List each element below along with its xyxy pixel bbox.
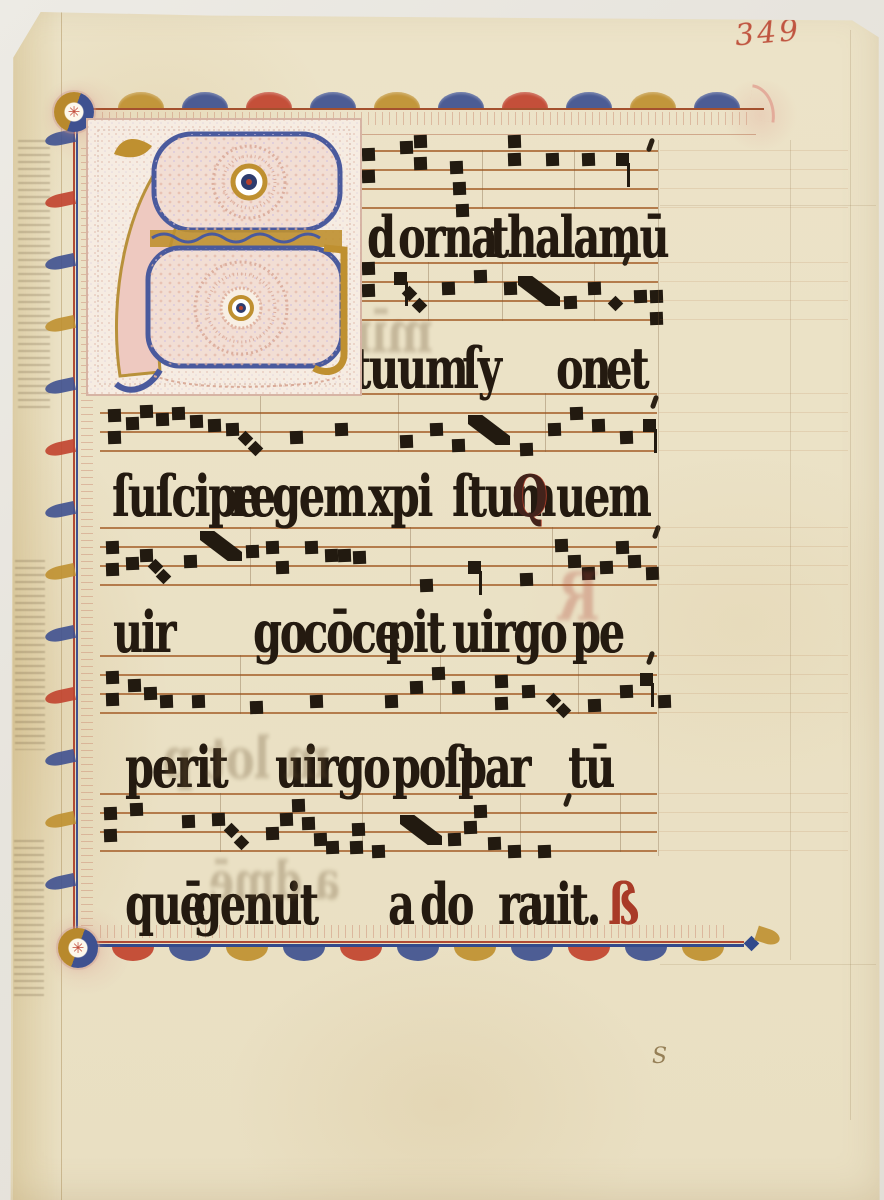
chant-word: quē (125, 872, 204, 938)
text-guide-line (620, 793, 621, 852)
text-guide-line (574, 150, 575, 209)
neume-p (600, 561, 613, 574)
neume-p (184, 555, 197, 568)
border-leaf (630, 92, 676, 108)
text-guide-line (552, 527, 553, 586)
neume-p (362, 148, 375, 161)
neume-p (372, 845, 385, 858)
manuscript-photo: 349 S dornathalamūtuumſyonetſuſciperegem… (0, 0, 884, 1200)
music-staff (362, 150, 658, 209)
neume-p (448, 833, 461, 846)
neume-p (520, 573, 533, 586)
chant-word: et (606, 336, 647, 402)
neume-p (474, 270, 487, 283)
neume-p (564, 296, 577, 309)
neume-p (276, 561, 289, 574)
border-leaf (502, 92, 548, 108)
chant-word: do (420, 872, 472, 938)
neume-v (616, 153, 629, 166)
border-top-bar (88, 108, 764, 110)
neume-p (362, 170, 375, 183)
chant-word: thalamū (490, 205, 667, 271)
neume-d (608, 296, 624, 312)
border-leaf (169, 947, 211, 961)
neume-p (508, 153, 521, 166)
show-through-text: a dmē (209, 850, 340, 911)
neume-p (628, 555, 641, 568)
neume-t (646, 138, 655, 153)
neume-p (302, 817, 315, 830)
corner-rosette (58, 928, 98, 968)
show-through-script (14, 840, 44, 1000)
border-leaf (566, 92, 612, 108)
neume-p (508, 135, 521, 148)
neume-p (353, 551, 366, 564)
neume-p (432, 667, 445, 680)
border-leaf (246, 92, 292, 108)
neume-p (616, 541, 629, 554)
chant-word: uir (113, 600, 174, 666)
neume-p (352, 823, 365, 836)
neume-p (338, 549, 351, 562)
neume-p (548, 423, 561, 436)
border-leaf (397, 947, 439, 961)
border-leaf (182, 92, 228, 108)
neume-p (452, 681, 465, 694)
border-leaf (310, 92, 356, 108)
folio-number: 349 (734, 13, 803, 54)
ruling-line (660, 964, 876, 965)
ruling-extension (659, 655, 848, 714)
neume-p (488, 837, 501, 850)
neume-p (634, 290, 647, 303)
neume-p (212, 813, 225, 826)
text-guide-line (545, 393, 546, 452)
neume-p (350, 841, 363, 854)
neume-p (335, 423, 348, 436)
neume-p (126, 557, 139, 570)
chant-word: uit. (528, 872, 599, 938)
show-through-script (18, 140, 50, 410)
neume-d (556, 703, 572, 719)
border-leaf (454, 947, 496, 961)
text-guide-line (482, 150, 483, 209)
chant-word: uem (556, 464, 650, 530)
neume-p (104, 829, 117, 842)
neume-p (508, 845, 521, 858)
border-leaf (511, 947, 553, 961)
chant-word: pit (386, 600, 443, 666)
border-leaf (568, 947, 610, 961)
neume-p (310, 695, 323, 708)
show-through-text: R (558, 556, 600, 636)
neume-p (522, 685, 535, 698)
ruling-extension (659, 393, 848, 452)
chant-word: gem (272, 464, 364, 530)
border-leaf (682, 947, 724, 961)
parchment-leaf: 349 S dornathalamūtuumſyonetſuſciperegem… (0, 0, 884, 1200)
chant-word: go (253, 600, 305, 666)
border-leaf (438, 92, 484, 108)
neume-p (555, 539, 568, 552)
neume-p (400, 435, 413, 448)
neume-p (385, 695, 398, 708)
show-through-script (15, 560, 45, 750)
fold-line (850, 30, 851, 1120)
border-leaf (625, 947, 667, 961)
text-guide-line (520, 793, 521, 852)
chant-word: ß (608, 872, 637, 938)
neume-p (410, 681, 423, 694)
border-leaf (340, 947, 382, 961)
ruling-extension (659, 793, 848, 852)
illuminated-initial-A: A (86, 118, 362, 396)
initial-artwork (86, 118, 362, 396)
neume-p (400, 141, 413, 154)
neume-p (190, 415, 203, 428)
neume-p (430, 423, 443, 436)
chant-word: d (367, 205, 394, 271)
neume-p (588, 699, 601, 712)
neume-p (106, 693, 119, 706)
neume-p (546, 153, 559, 166)
chant-word: re (230, 464, 274, 530)
neume-p (130, 803, 143, 816)
text-guide-line (410, 527, 411, 586)
neume-p (128, 679, 141, 692)
neume-d (234, 835, 250, 851)
neume-p (192, 695, 205, 708)
neume-z (518, 276, 560, 306)
border-leaf (283, 947, 325, 961)
neume-p (474, 805, 487, 818)
music-staff (100, 793, 657, 852)
neume-p (226, 423, 239, 436)
border-leaf (226, 947, 268, 961)
chant-word: on (556, 336, 609, 402)
neume-p (582, 153, 595, 166)
neume-p (414, 157, 427, 170)
neume-t (646, 651, 655, 666)
neume-p (208, 419, 221, 432)
neume-p (108, 431, 121, 444)
neume-p (464, 821, 477, 834)
neume-p (280, 813, 293, 826)
neume-p (140, 549, 153, 562)
neume-p (495, 697, 508, 710)
neume-p (144, 687, 157, 700)
neume-p (106, 541, 119, 554)
neume-p (620, 431, 633, 444)
neume-p (266, 541, 279, 554)
neume-p (538, 845, 551, 858)
neume-p (452, 439, 465, 452)
neume-p (140, 405, 153, 418)
chant-word: ſy (462, 336, 500, 402)
neume-z (400, 815, 442, 845)
neume-v (643, 419, 656, 432)
neume-z (468, 415, 510, 445)
neume-v (468, 561, 481, 574)
ruling-extension (660, 262, 848, 321)
chant-word: Q (512, 464, 546, 530)
chant-word: tū (568, 735, 613, 801)
neume-p (592, 419, 605, 432)
chant-word: cōce (303, 600, 399, 666)
text-guide-line (260, 393, 261, 452)
neume-p (453, 182, 466, 195)
chant-word: a (388, 872, 413, 938)
chant-word: par (458, 735, 529, 801)
neume-p (266, 827, 279, 840)
neume-p (126, 417, 139, 430)
neume-p (290, 431, 303, 444)
neume-p (570, 407, 583, 420)
neume-p (156, 413, 169, 426)
neume-p (588, 282, 601, 295)
neume-p (495, 675, 508, 688)
neume-p (620, 685, 633, 698)
neume-d (224, 823, 240, 839)
neume-v (640, 673, 653, 686)
chant-word: xpi (368, 464, 431, 530)
ruling-extension (659, 527, 848, 586)
neume-p (246, 545, 259, 558)
show-through-text: m lot p (163, 724, 330, 792)
neume-p (504, 282, 517, 295)
neume-p (414, 135, 427, 148)
neume-p (305, 541, 318, 554)
neume-p (325, 549, 338, 562)
neume-p (250, 701, 263, 714)
neume-p (160, 695, 173, 708)
text-guide-line (240, 655, 241, 714)
neume-p (420, 579, 433, 592)
chant-word: uirgo (452, 600, 565, 666)
neume-p (106, 671, 119, 684)
neume-p (104, 807, 117, 820)
neume-p (108, 409, 121, 422)
chant-word: orna (398, 205, 496, 271)
border-leaf (374, 92, 420, 108)
ruling-extension (660, 150, 848, 209)
neume-p (450, 161, 463, 174)
neume-p (362, 284, 375, 297)
neume-p (520, 443, 533, 456)
neume-p (182, 815, 195, 828)
neume-p (106, 563, 119, 576)
neume-p (442, 282, 455, 295)
neume-p (172, 407, 185, 420)
border-leaf (118, 92, 164, 108)
gathering-mark: S (652, 1044, 667, 1069)
neume-v (394, 272, 407, 285)
neume-z (200, 531, 242, 561)
